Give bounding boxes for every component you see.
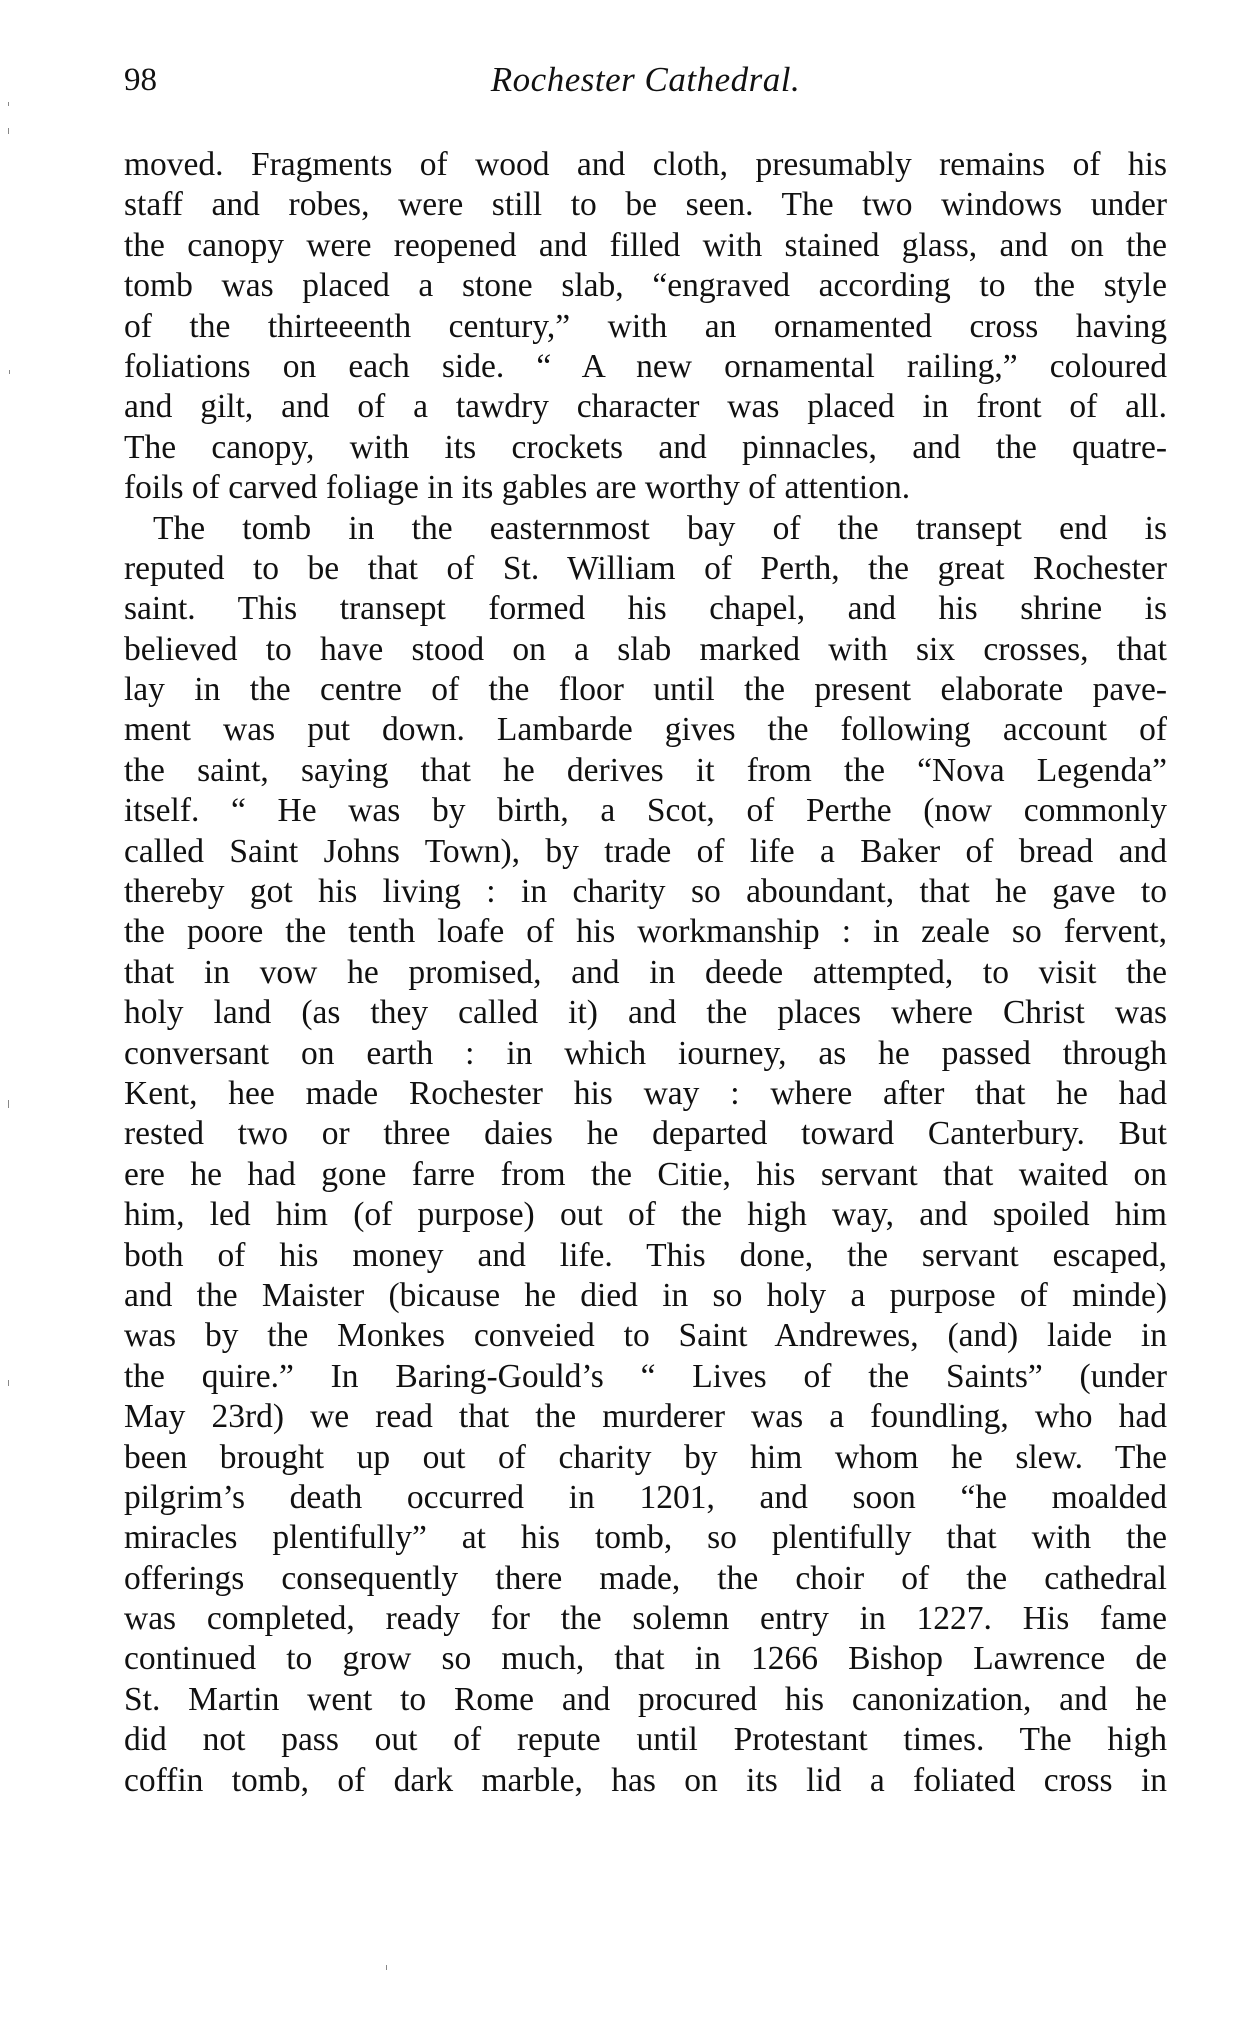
text-line: Kent, hee made Rochester his way : where… bbox=[124, 1074, 1167, 1114]
text-line: tomb was placed a stone slab, “engraved … bbox=[124, 266, 1167, 306]
text-line: was by the Monkes conveied to Saint Andr… bbox=[124, 1316, 1167, 1356]
text-line: continued to grow so much, that in 1266 … bbox=[124, 1639, 1167, 1679]
text-line: been brought up out of charity by him wh… bbox=[124, 1438, 1167, 1478]
text-line: offerings consequently there made, the c… bbox=[124, 1559, 1167, 1599]
text-line: foils of carved foliage in its gables ar… bbox=[124, 468, 1167, 508]
text-line: St. Martin went to Rome and procured his… bbox=[124, 1680, 1167, 1720]
text-line: the quire.” In Baring-Gould’s “ Lives of… bbox=[124, 1357, 1167, 1397]
text-line: the canopy were reopened and filled with… bbox=[124, 226, 1167, 266]
text-line: called Saint Johns Town), by trade of li… bbox=[124, 832, 1167, 872]
text-line: did not pass out of repute until Protest… bbox=[124, 1720, 1167, 1760]
text-line: coffin tomb, of dark marble, has on its … bbox=[124, 1761, 1167, 1801]
text-line: saint. This transept formed his chapel, … bbox=[124, 589, 1167, 629]
scan-mark bbox=[9, 370, 10, 374]
text-line: and the Maister (bicause he died in so h… bbox=[124, 1276, 1167, 1316]
text-line: reputed to be that of St. William of Per… bbox=[124, 549, 1167, 589]
scan-mark bbox=[8, 1100, 9, 1108]
text-line: miracles plentifully” at his tomb, so pl… bbox=[124, 1518, 1167, 1558]
text-line: the saint, saying that he derives it fro… bbox=[124, 751, 1167, 791]
scan-mark bbox=[8, 1380, 9, 1386]
scan-mark bbox=[8, 128, 9, 134]
body-text: moved. Fragments of wood and cloth, pres… bbox=[124, 145, 1167, 1801]
text-line: thereby got his living : in charity so a… bbox=[124, 872, 1167, 912]
text-line: The canopy, with its crockets and pinnac… bbox=[124, 428, 1167, 468]
text-line: the poore the tenth loafe of his workman… bbox=[124, 912, 1167, 952]
text-line: lay in the centre of the floor until the… bbox=[124, 670, 1167, 710]
text-line: that in vow he promised, and in deede at… bbox=[124, 953, 1167, 993]
text-line: both of his money and life. This done, t… bbox=[124, 1236, 1167, 1276]
text-line: May 23rd) we read that the murderer was … bbox=[124, 1397, 1167, 1437]
running-head: 98 Rochester Cathedral. bbox=[124, 58, 1167, 102]
text-line: of the thirteeenth century,” with an orn… bbox=[124, 307, 1167, 347]
text-line: itself. “ He was by birth, a Scot, of Pe… bbox=[124, 791, 1167, 831]
scan-mark bbox=[8, 102, 9, 106]
text-line: staff and robes, were still to be seen. … bbox=[124, 185, 1167, 225]
scan-mark bbox=[386, 1965, 387, 1970]
text-line: and gilt, and of a tawdry character was … bbox=[124, 387, 1167, 427]
text-line: moved. Fragments of wood and cloth, pres… bbox=[124, 145, 1167, 185]
text-line: ment was put down. Lambarde gives the fo… bbox=[124, 710, 1167, 750]
text-line: conversant on earth : in which iourney, … bbox=[124, 1034, 1167, 1074]
text-line: ere he had gone farre from the Citie, hi… bbox=[124, 1155, 1167, 1195]
text-line: believed to have stood on a slab marked … bbox=[124, 630, 1167, 670]
text-line: was completed, ready for the solemn entr… bbox=[124, 1599, 1167, 1639]
text-line: rested two or three daies he departed to… bbox=[124, 1114, 1167, 1154]
text-line: holy land (as they called it) and the pl… bbox=[124, 993, 1167, 1033]
text-line: pilgrim’s death occurred in 1201, and so… bbox=[124, 1478, 1167, 1518]
text-line: The tomb in the easternmost bay of the t… bbox=[124, 509, 1167, 549]
running-title: Rochester Cathedral. bbox=[124, 58, 1167, 102]
text-line: him, led him (of purpose) out of the hig… bbox=[124, 1195, 1167, 1235]
text-line: foliations on each side. “ A new ornamen… bbox=[124, 347, 1167, 387]
